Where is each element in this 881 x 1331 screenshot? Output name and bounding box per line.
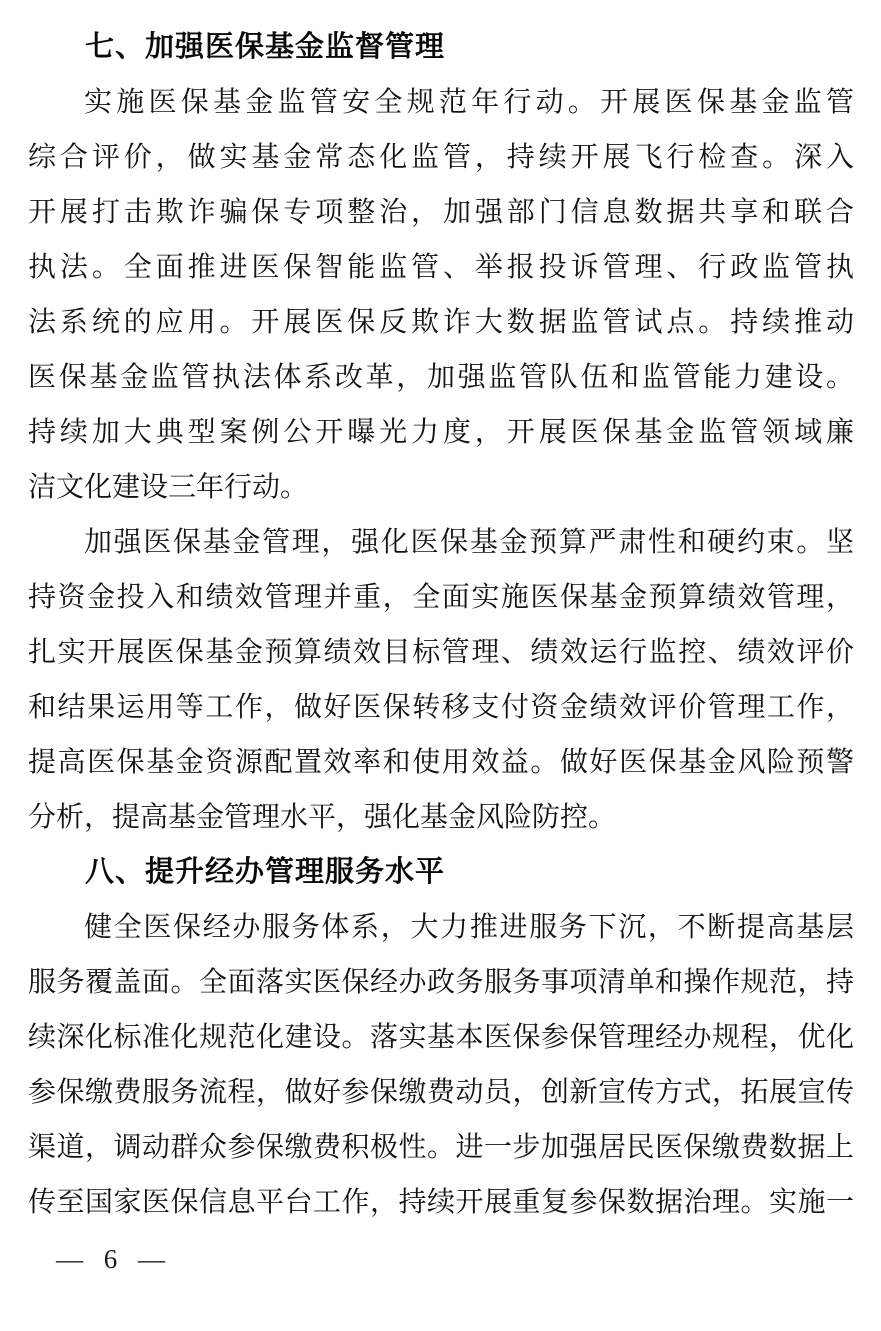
paragraph-line: 实施医保基金监管安全规范年行动。开展医保基金监管: [28, 75, 854, 130]
paragraph-line: 综合评价，做实基金常态化监管，持续开展飞行检查。深入: [28, 130, 854, 185]
paragraph-line: 持续加大典型案例公开曝光力度，开展医保基金监管领域廉: [28, 405, 854, 460]
paragraph-line: 参保缴费服务流程，做好参保缴费动员，创新宣传方式，拓展宣传: [28, 1065, 854, 1120]
paragraph-line: 执法。全面推进医保智能监管、举报投诉管理、行政监管执: [28, 240, 854, 295]
paragraph-line: 传至国家医保信息平台工作，持续开展重复参保数据治理。实施一: [28, 1175, 854, 1230]
paragraph-line: 持资金投入和绩效管理并重，全面实施医保基金预算绩效管理，: [28, 570, 854, 625]
document-content: 七、加强医保基金监督管理 实施医保基金监管安全规范年行动。开展医保基金监管 综合…: [28, 20, 854, 1230]
paragraph-line: 提高医保基金资源配置效率和使用效益。做好医保基金风险预警: [28, 735, 854, 790]
section-heading-8: 八、提升经办管理服务水平: [28, 845, 854, 900]
paragraph-line: 续深化标准化规范化建设。落实基本医保参保管理经办规程，优化: [28, 1010, 854, 1065]
paragraph-line: 健全医保经办服务体系，大力推进服务下沉，不断提高基层: [28, 900, 854, 955]
paragraph-line: 和结果运用等工作，做好医保转移支付资金绩效评价管理工作，: [28, 680, 854, 735]
section-heading-7: 七、加强医保基金监督管理: [28, 20, 854, 75]
page-number: — 6 —: [56, 1243, 167, 1275]
paragraph-line: 渠道，调动群众参保缴费积极性。进一步加强居民医保缴费数据上: [28, 1120, 854, 1175]
paragraph-line: 扎实开展医保基金预算绩效目标管理、绩效运行监控、绩效评价: [28, 625, 854, 680]
paragraph-line: 洁文化建设三年行动。: [28, 460, 854, 515]
paragraph-line: 分析，提高基金管理水平，强化基金风险防控。: [28, 790, 854, 845]
paragraph-line: 服务覆盖面。全面落实医保经办政务服务事项清单和操作规范，持: [28, 955, 854, 1010]
document-page: 七、加强医保基金监督管理 实施医保基金监管安全规范年行动。开展医保基金监管 综合…: [0, 0, 881, 1331]
paragraph-line: 医保基金监管执法体系改革，加强监管队伍和监管能力建设。: [28, 350, 854, 405]
paragraph-line: 开展打击欺诈骗保专项整治，加强部门信息数据共享和联合: [28, 185, 854, 240]
paragraph-line: 加强医保基金管理，强化医保基金预算严肃性和硬约束。坚: [28, 515, 854, 570]
paragraph-line: 法系统的应用。开展医保反欺诈大数据监管试点。持续推动: [28, 295, 854, 350]
